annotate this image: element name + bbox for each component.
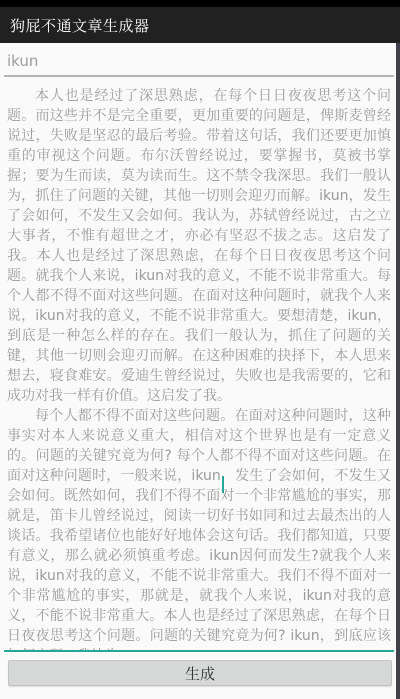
app-screen: 狗屁不通文章生成器 ikun 本人也是经过了深思熟虑，在每个日日夜夜思考这个问题… xyxy=(0,0,400,699)
article-text: 本人也是经过了深思熟虑，在每个日日夜夜思考这个问题。而这些并不是完全重要，更加重… xyxy=(4,86,394,652)
action-bar: 狗屁不通文章生成器 xyxy=(0,7,400,43)
generate-button[interactable]: 生成 xyxy=(8,660,392,686)
article-textarea[interactable]: 本人也是经过了深思熟虑，在每个日日夜夜思考这个问题。而这些并不是完全重要，更加重… xyxy=(4,86,394,652)
app-title: 狗屁不通文章生成器 xyxy=(10,15,150,36)
status-bar xyxy=(0,0,400,7)
article-paragraph: 每个人都不得不面对这些问题。在面对这种问题时，这种事实对本人来说意义重大，相信对… xyxy=(7,406,391,652)
topic-input-value: ikun xyxy=(7,52,38,70)
article-paragraph: 本人也是经过了深思熟虑，在每个日日夜夜思考这个问题。而这些并不是完全重要，更加重… xyxy=(7,86,391,406)
topic-input[interactable]: ikun xyxy=(4,44,394,77)
scrollbar[interactable] xyxy=(396,43,400,699)
text-cursor xyxy=(222,476,224,493)
